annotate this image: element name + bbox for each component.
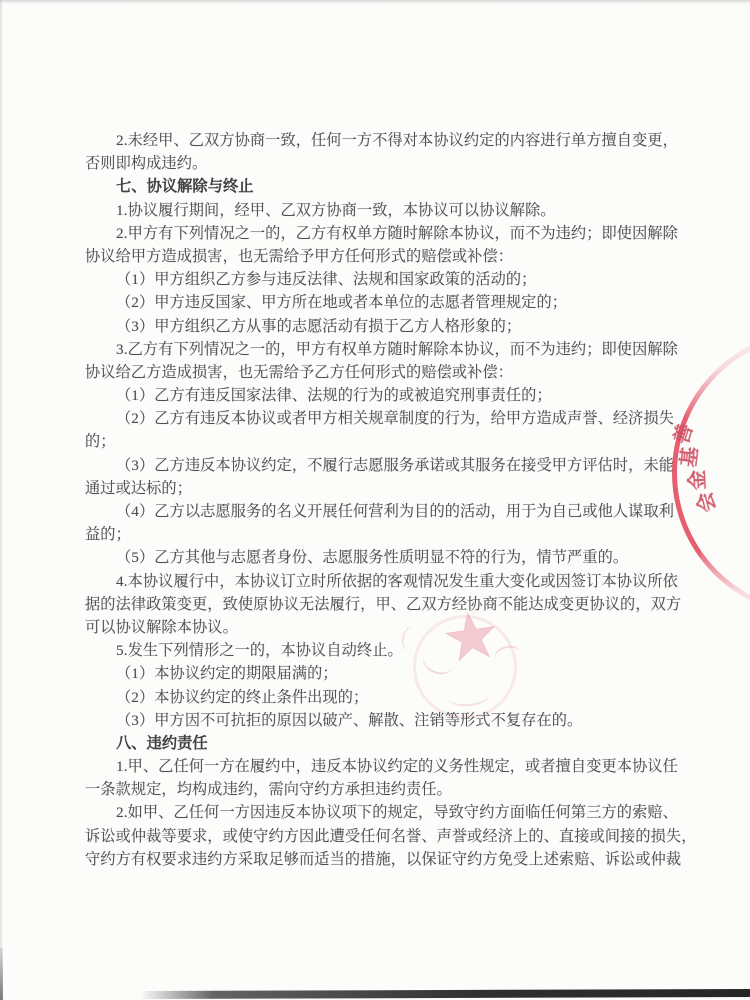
- document-body: 2.未经甲、乙双方协商一致，任何一方不得对本协议约定的内容进行单方擅自变更，否则…: [85, 129, 705, 871]
- document-line: 1.协议履行期间，经甲、乙双方协商一致，本协议可以协议解除。: [85, 199, 705, 222]
- scan-edge-bottom: [140, 989, 750, 999]
- document-line: 协议给甲方造成损害，也无需给予甲方任何形式的赔偿或补偿：: [85, 245, 705, 268]
- document-line: （5）乙方其他与志愿者身份、志愿服务性质明显不符的行为，情节严重的。: [85, 546, 705, 569]
- document-line: 1.甲、乙任何一方在履约中，违反本协议约定的义务性规定，或者擅自变更本协议任: [85, 755, 705, 778]
- document-line: 3.乙方有下列情况之一的，甲方有权单方随时解除本协议，而不为违约；即使因解除: [85, 338, 705, 361]
- document-line: 可以协议解除本协议。: [85, 616, 705, 639]
- document-line: （1）甲方组织乙方参与违反法律、法规和国家政策的活动的；: [85, 268, 705, 291]
- document-line: 诉讼或仲裁等要求，或使守约方因此遭受任何名誉、声誉或经济上的、直接或间接的损失，: [85, 825, 705, 848]
- scan-edge-top: [0, 0, 750, 4]
- document-line: 2.如甲、乙任何一方因违反本协议项下的规定，导致守约方面临任何第三方的索赔、: [85, 801, 705, 824]
- document-line: （2）本协议约定的终止条件出现的；: [85, 686, 705, 709]
- scan-edge-left: [0, 0, 2, 1000]
- document-line: 一条款规定，均构成违约，需向守约方承担违约责任。: [85, 778, 705, 801]
- seal-fade-overlay: [700, 548, 750, 628]
- document-line: 2.未经甲、乙双方协商一致，任何一方不得对本协议约定的内容进行单方擅自变更，: [85, 129, 705, 152]
- document-line: 协议给乙方造成损害，也无需给予乙方任何形式的赔偿或补偿：: [85, 361, 705, 384]
- document-line: 益的；: [85, 523, 705, 546]
- seal-character: 基: [677, 444, 704, 471]
- document-line: 4.本协议履行中，本协议订立时所依据的客观情况发生重大变化或因签订本协议所依: [85, 570, 705, 593]
- document-line: 否则即构成违约。: [85, 152, 705, 175]
- document-line: 5.发生下列情形之一的，本协议自动终止。: [85, 639, 705, 662]
- document-line: （2）甲方违反国家、甲方所在地或者本单位的志愿者管理规定的；: [85, 291, 705, 314]
- document-line: 据的法律政策变更，致使原协议无法履行，甲、乙双方经协商不能达成变更协议的，双方: [85, 593, 705, 616]
- document-line: （2）乙方有违反本协议或者甲方相关规章制度的行为，给甲方造成声誉、经济损失: [85, 407, 705, 430]
- document-line: （3）甲方因不可抗拒的原因以破产、解散、注销等形式不复存在的。: [85, 709, 705, 732]
- document-line: （3）乙方违反本协议约定，不履行志愿服务承诺或其服务在接受甲方评估时，未能: [85, 454, 705, 477]
- document-line: 2.甲方有下列情况之一的，乙方有权单方随时解除本协议，而不为违约；即使因解除: [85, 222, 705, 245]
- scanned-document-page: 2.未经甲、乙双方协商一致，任何一方不得对本协议约定的内容进行单方擅自变更，否则…: [0, 0, 750, 1000]
- document-line: （3）甲方组织乙方从事的志愿活动有损于乙方人格形象的；: [85, 315, 705, 338]
- section-heading: 八、违约责任: [85, 732, 705, 755]
- document-line: （1）本协议约定的期限届满的；: [85, 662, 705, 685]
- section-heading: 七、协议解除与终止: [85, 175, 705, 198]
- scan-edge-corner: [0, 948, 3, 1000]
- document-line: （1）乙方有违反国家法律、法规的行为的或被追究刑事责任的；: [85, 384, 705, 407]
- document-line: 的；: [85, 430, 705, 453]
- document-line: 守约方有权要求违约方采取足够而适当的措施，以保证守约方免受上述索赔、诉讼或仲裁: [85, 848, 705, 871]
- document-line: （4）乙方以志愿服务的名义开展任何营利为目的的活动，用于为自己或他人谋取利: [85, 500, 705, 523]
- seal-fade-overlay: [686, 328, 750, 420]
- document-line: 通过或达标的；: [85, 477, 705, 500]
